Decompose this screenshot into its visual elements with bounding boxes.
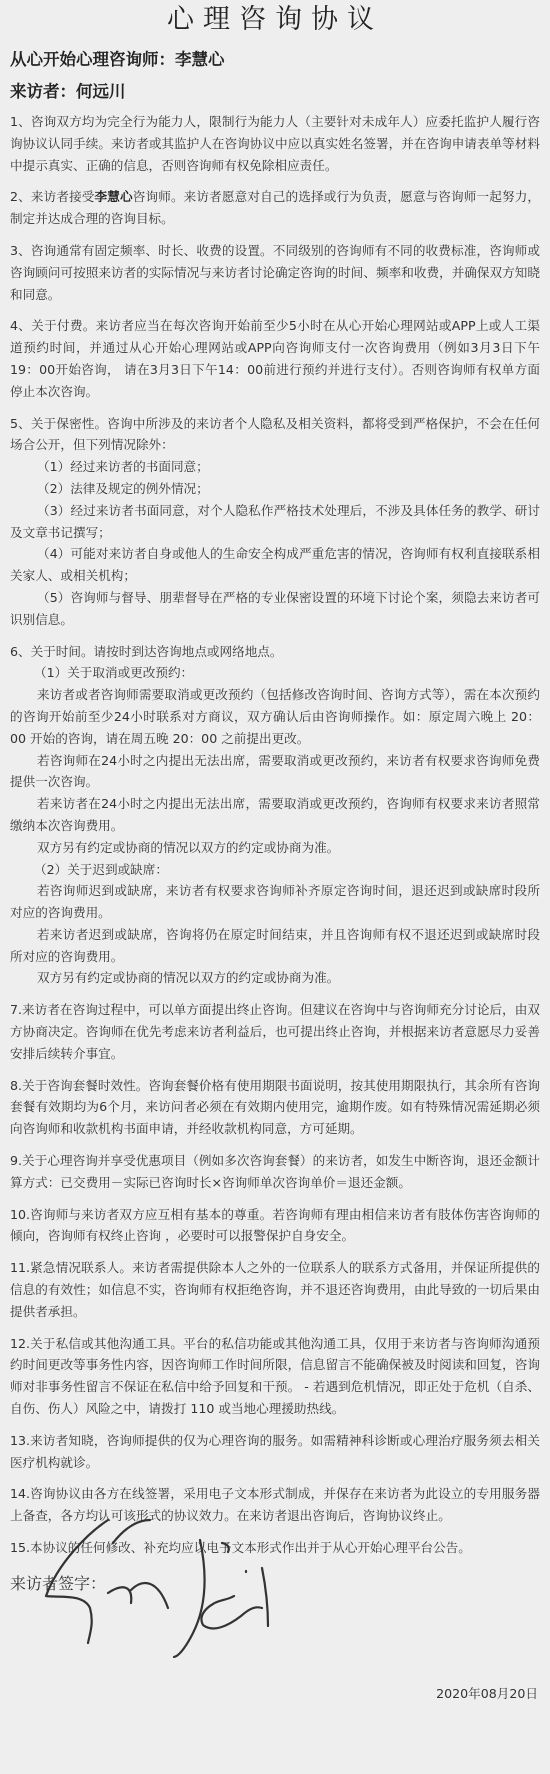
counselor-name-highlight: 李慧心 [95,189,133,204]
clause-8: 8.关于咨询套餐时效性。咨询套餐价格有使用期限书面说明，按其使用期限执行，其余所… [10,1075,540,1140]
clause-13: 13.来访者知晓，咨询师提供的仅为心理咨询的服务。如需精神科诊断或心理治疗服务须… [10,1430,540,1474]
clause-6: 6、关于时间。请按时到达咨询地点或网络地点。 （1）关于取消或更改预约： 来访者… [10,641,540,990]
clause-6-sub1-para: 若咨询师在24小时之内提出无法出席，需要取消或更改预约，来访者有权要求咨询师免费… [10,750,540,794]
clause-6-sub2-para: 若来访者迟到或缺席，咨询将仍在原定时间结束，并且咨询师有权不退还迟到或缺席时段所… [10,924,540,968]
clause-6-sub1-para: 若来访者在24小时之内提出无法出席，需要取消或更改预约，咨询师有权要求来访者照常… [10,793,540,837]
sign-date: 2020年08月20日 [436,1683,538,1702]
handwritten-signature-icon [38,1508,278,1658]
clause-6-head: 6、关于时间。请按时到达咨询地点或网络地点。 [10,641,540,663]
clause-3: 3、咨询通常有固定频率、时长、收费的设置。不同级别的咨询师有不同的收费标准，咨询… [10,240,540,305]
clause-2: 2、来访者接受李慧心咨询师。来访者愿意对自己的选择或行为负责，愿意与咨询师一起努… [10,186,540,230]
clause-5-head: 5、关于保密性。咨询中所涉及的来访者个人隐私及相关资料，都将受到严格保护，不会在… [10,413,540,457]
counselor-line: 从心开始心理咨询师：李慧心 [10,49,540,71]
clause-5-item: （1）经过来访者的书面同意； [10,456,540,478]
clause-6-sub2-para: 双方另有约定或协商的情况以双方的约定或协商为准。 [10,967,540,989]
clause-10: 10.咨询师与来访者双方应互相有基本的尊重。若咨询师有理由相信来访者有肢体伤害咨… [10,1204,540,1248]
clause-6-sub2-title: （2）关于迟到或缺席： [10,859,540,881]
clause-2-prefix: 2、来访者接受 [10,189,95,204]
clause-1: 1、咨询双方均为完全行为能力人，限制行为能力人（主要针对未成年人）应委托监护人履… [10,111,540,176]
clause-list: 1、咨询双方均为完全行为能力人，限制行为能力人（主要针对未成年人）应委托监护人履… [10,111,540,1559]
agreement-page: 心理咨询协议 从心开始心理咨询师：李慧心 来访者：何远川 1、咨询双方均为完全行… [0,0,550,1595]
clause-9: 9.关于心理咨询并享受优惠项目（例如多次咨询套餐）的来访者，如发生中断咨询，退还… [10,1150,540,1194]
clause-5-item: （2）法律及规定的例外情况； [10,478,540,500]
clause-5-item: （4）可能对来访者自身或他人的生命安全构成严重危害的情况，咨询师有权利直接联系相… [10,543,540,587]
clause-5-item: （3）经过来访者书面同意，对个人隐私作严格技术处理后，不涉及具体任务的教学、研讨… [10,500,540,544]
visitor-line: 来访者：何远川 [10,81,540,103]
clause-11: 11.紧急情况联系人。来访者需提供除本人之外的一位联系人的联系方式备用，并保证所… [10,1257,540,1322]
clause-6-sub1-para: 双方另有约定或协商的情况以双方的约定或协商为准。 [10,837,540,859]
clause-6-sub2-para: 若咨询师迟到或缺席，来访者有权要求咨询师补齐原定咨询时间，退还迟到或缺席时段所对… [10,880,540,924]
clause-5-item: （5）咨询师与督导、朋辈督导在严格的专业保密设置的环境下讨论个案，须隐去来访者可… [10,587,540,631]
clause-7: 7.来访者在咨询过程中，可以单方面提出终止咨询。但建议在咨询中与咨询师充分讨论后… [10,999,540,1064]
clause-6-sub1-para: 来访者或者咨询师需要取消或更改预约（包括修改咨询时间、咨询方式等），需在本次预约… [10,684,540,749]
clause-6-sub1-title: （1）关于取消或更改预约： [10,662,540,684]
clause-5: 5、关于保密性。咨询中所涉及的来访者个人隐私及相关资料，都将受到严格保护，不会在… [10,413,540,631]
page-title: 心理咨询协议 [10,0,540,42]
clause-4: 4、关于付费。来访者应当在每次咨询开始前至少5小时在从心开始心理网站或APP上或… [10,315,540,402]
clause-12: 12.关于私信或其他沟通工具。平台的私信功能或其他沟通工具，仅用于来访者与咨询师… [10,1333,540,1420]
